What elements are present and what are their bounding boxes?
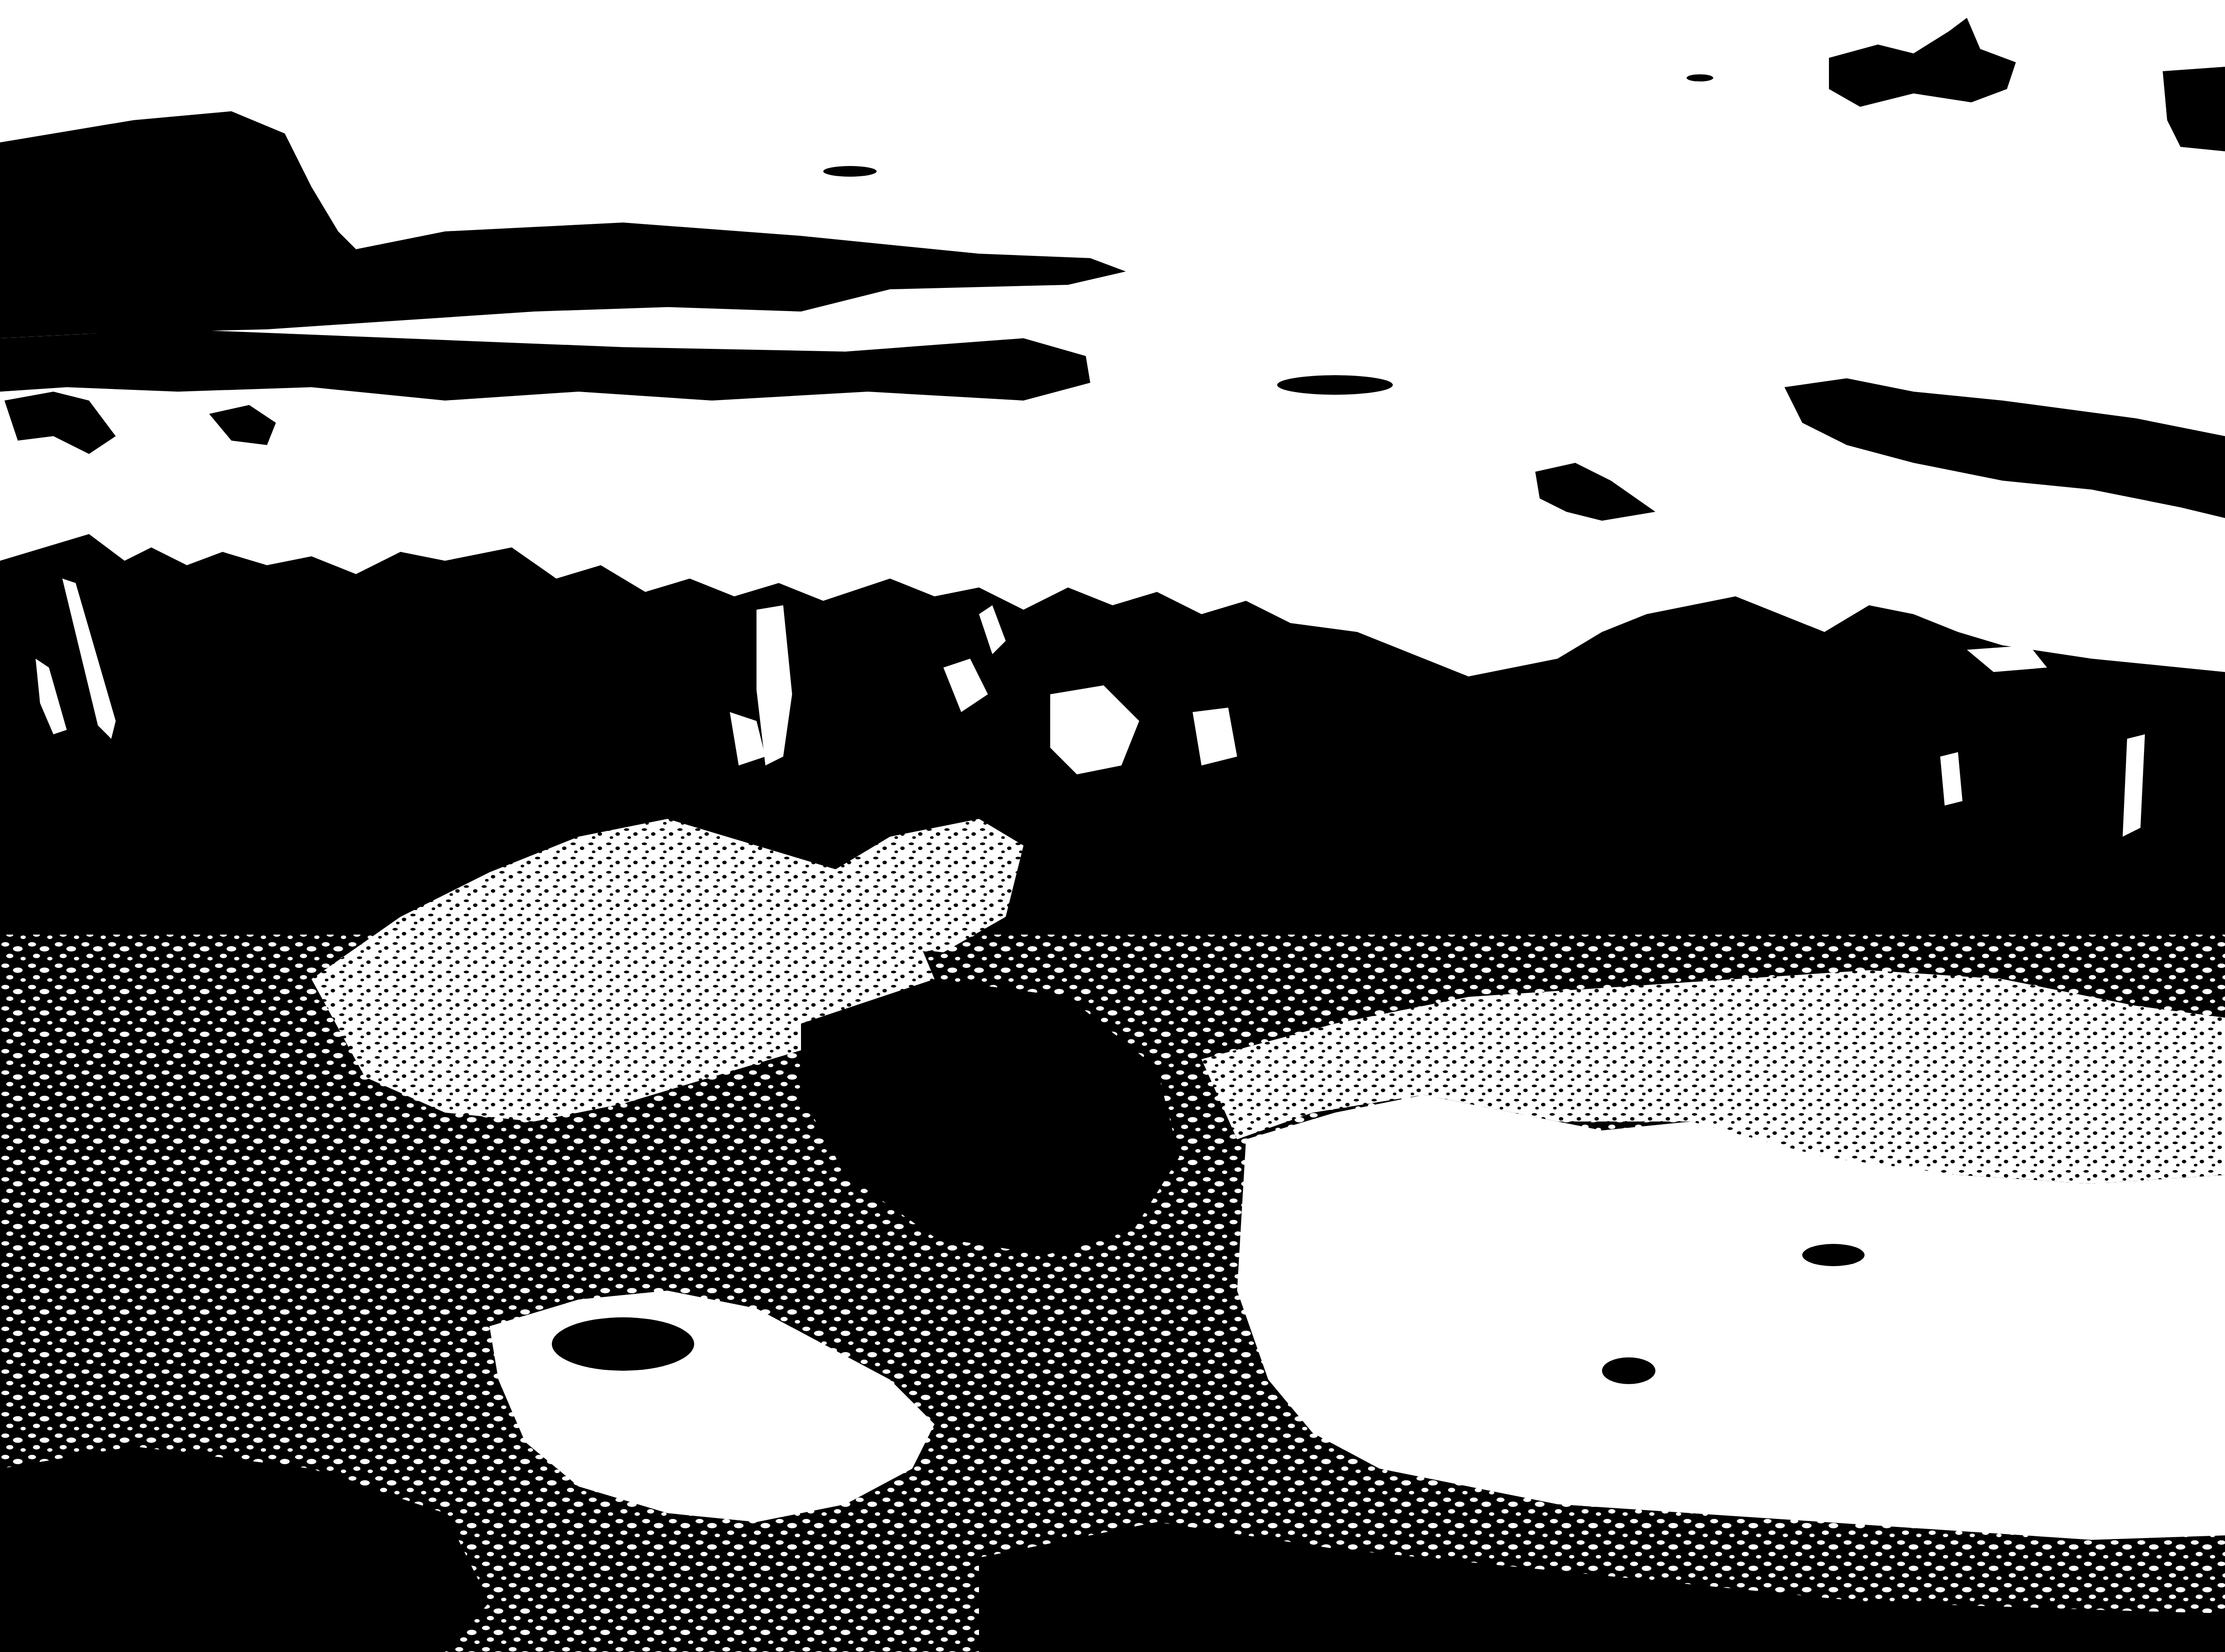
snow-field-right: [1201, 970, 2225, 1540]
binarized-landscape-photo: [0, 0, 2225, 1652]
